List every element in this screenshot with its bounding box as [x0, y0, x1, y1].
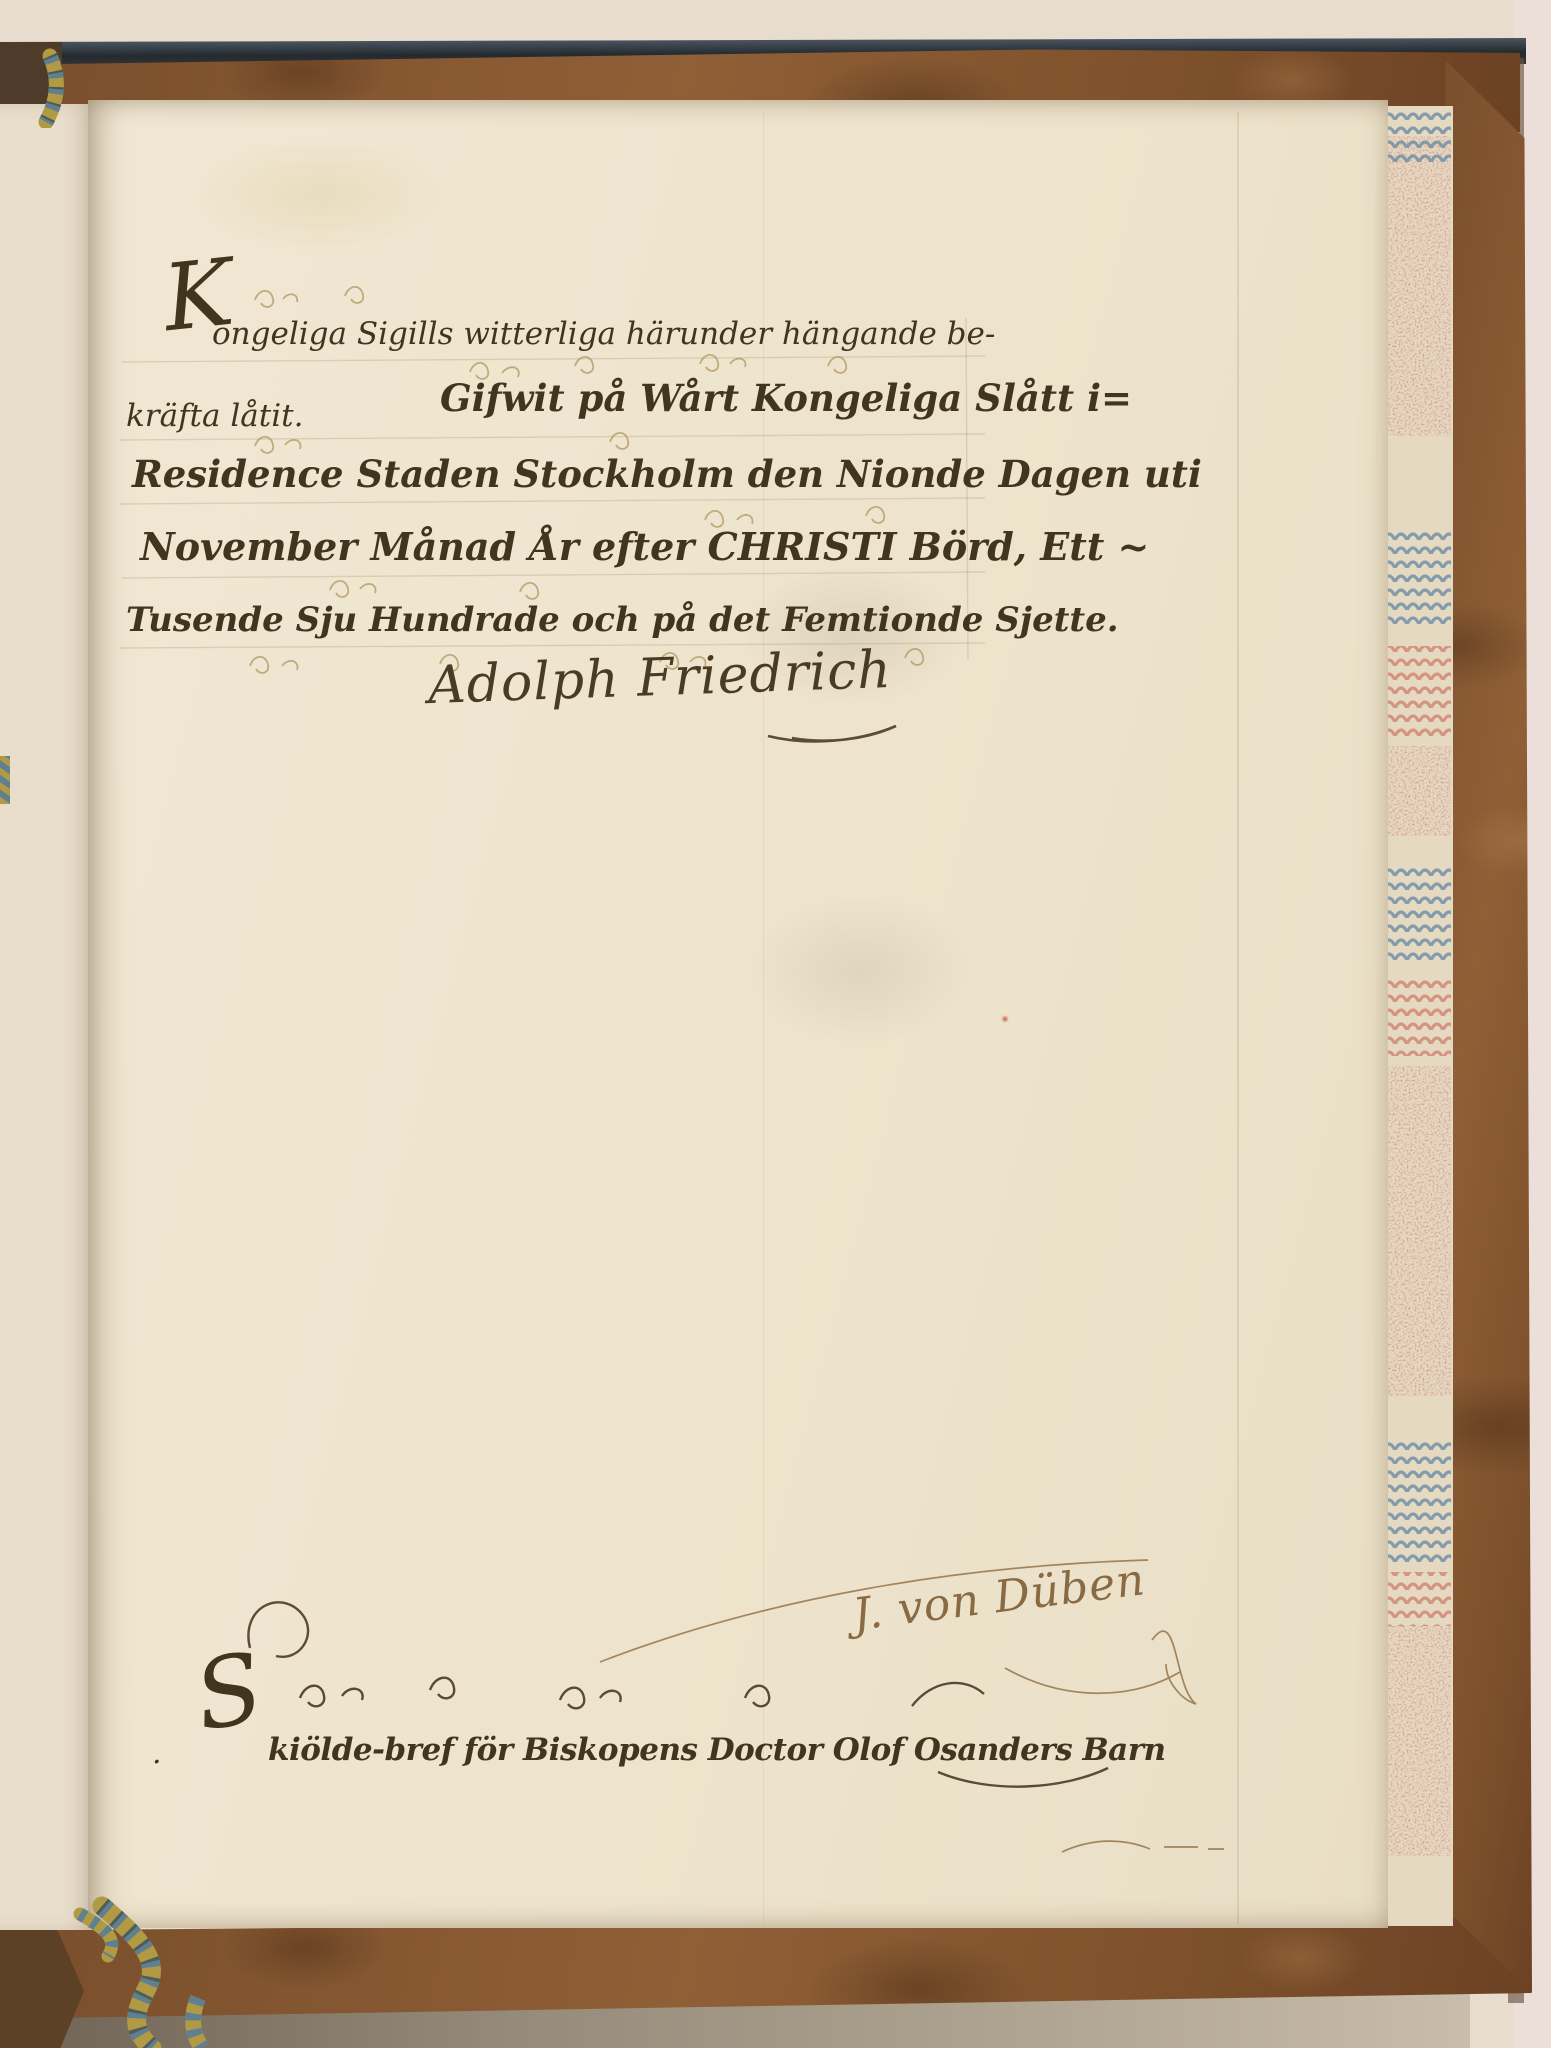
manuscript-line-1: ongeliga Sigills witterliga härunder hän… — [212, 316, 995, 352]
manuscript-line-2-display: Gifwit på Wårt Kongeliga Slått i= — [440, 376, 1132, 420]
manuscript-line-2-start: kräfta låtit. — [126, 398, 303, 434]
binding-cord-bottom-left — [50, 1878, 260, 2048]
docket-line: kiölde-bref för Biskopens Doctor Olof Os… — [268, 1732, 1166, 1768]
binding-cord-left-edge — [0, 756, 10, 804]
docket-leading-dot: . — [152, 1736, 162, 1771]
manuscript-line-5: Tusende Sju Hundrade och på det Femtiond… — [126, 600, 1119, 640]
royal-signature-flourish — [768, 726, 896, 741]
binding-cord-top-left — [26, 48, 96, 128]
manuscript-line-4: November Månad År efter CHRISTI Börd, Et… — [140, 524, 1149, 569]
scanned-book-photo: K ongeliga Sigills witterliga härunder h… — [0, 0, 1551, 2048]
manuscript-line-3: Residence Staden Stockholm den Nionde Da… — [132, 452, 1202, 496]
